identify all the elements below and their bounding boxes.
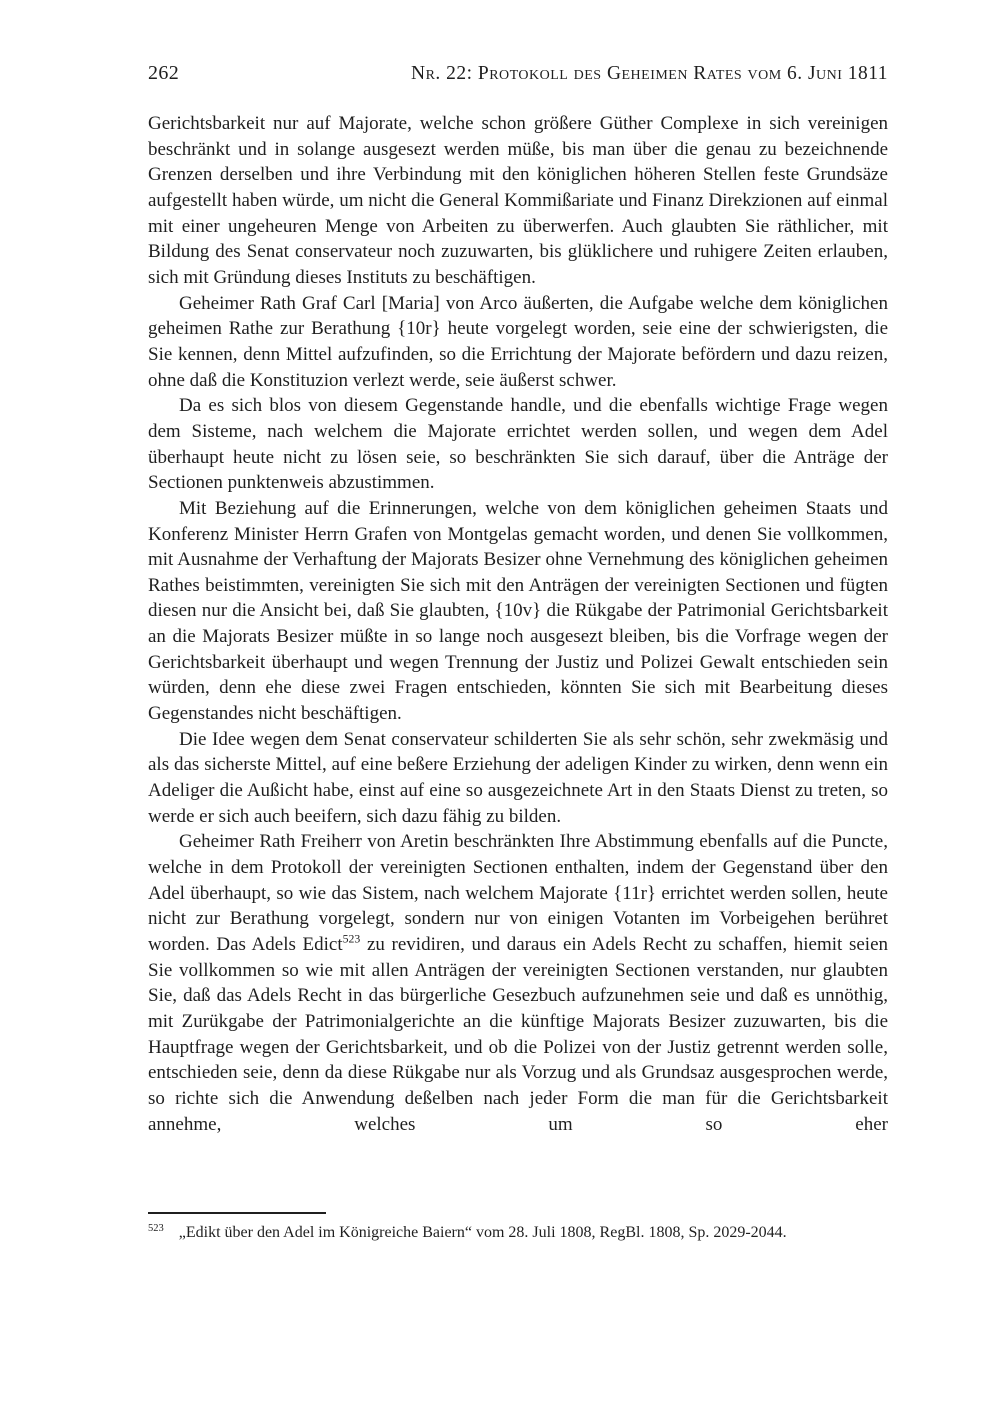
page-number: 262 — [148, 62, 179, 85]
paragraph: Mit Beziehung auf die Erinnerungen, welc… — [148, 496, 888, 727]
footnote-marker: 523 — [148, 1223, 164, 1234]
paragraph: Die Idee wegen dem Senat conservateur sc… — [148, 727, 888, 830]
paragraph-text: Geheimer Rath Graf Carl [Maria] von Arco… — [148, 293, 888, 391]
paragraph: Gerichtsbarkeit nur auf Majorate, welche… — [148, 111, 888, 291]
paragraph: Geheimer Rath Graf Carl [Maria] von Arco… — [148, 291, 888, 394]
running-title: Nr. 22: Protokoll des Geheimen Rates vom… — [411, 63, 888, 85]
book-page: 262 Nr. 22: Protokoll des Geheimen Rates… — [0, 0, 1004, 1418]
paragraph-text: Die Idee wegen dem Senat conservateur sc… — [148, 729, 888, 827]
footnote: 523„Edikt über den Adel im Königreiche B… — [148, 1221, 888, 1245]
paragraph-text: Gerichtsbarkeit nur auf Majorate, welche… — [148, 113, 888, 288]
footnote-separator — [148, 1212, 326, 1214]
paragraph-text: Mit Beziehung auf die Erinnerungen, welc… — [148, 498, 888, 724]
footnote-text: „Edikt über den Adel im Königreiche Baie… — [179, 1224, 787, 1241]
footnote-reference: 523 — [343, 933, 361, 946]
body-text: Gerichtsbarkeit nur auf Majorate, welche… — [148, 111, 888, 1137]
paragraph: Geheimer Rath Freiherr von Aretin beschr… — [148, 829, 888, 1137]
paragraph: Da es sich blos von diesem Gegenstande h… — [148, 393, 888, 496]
paragraph-text: zu revidiren, und daraus ein Adels Recht… — [148, 934, 888, 1135]
page-header: 262 Nr. 22: Protokoll des Geheimen Rates… — [148, 62, 888, 85]
paragraph-text: Da es sich blos von diesem Gegenstande h… — [148, 395, 888, 493]
